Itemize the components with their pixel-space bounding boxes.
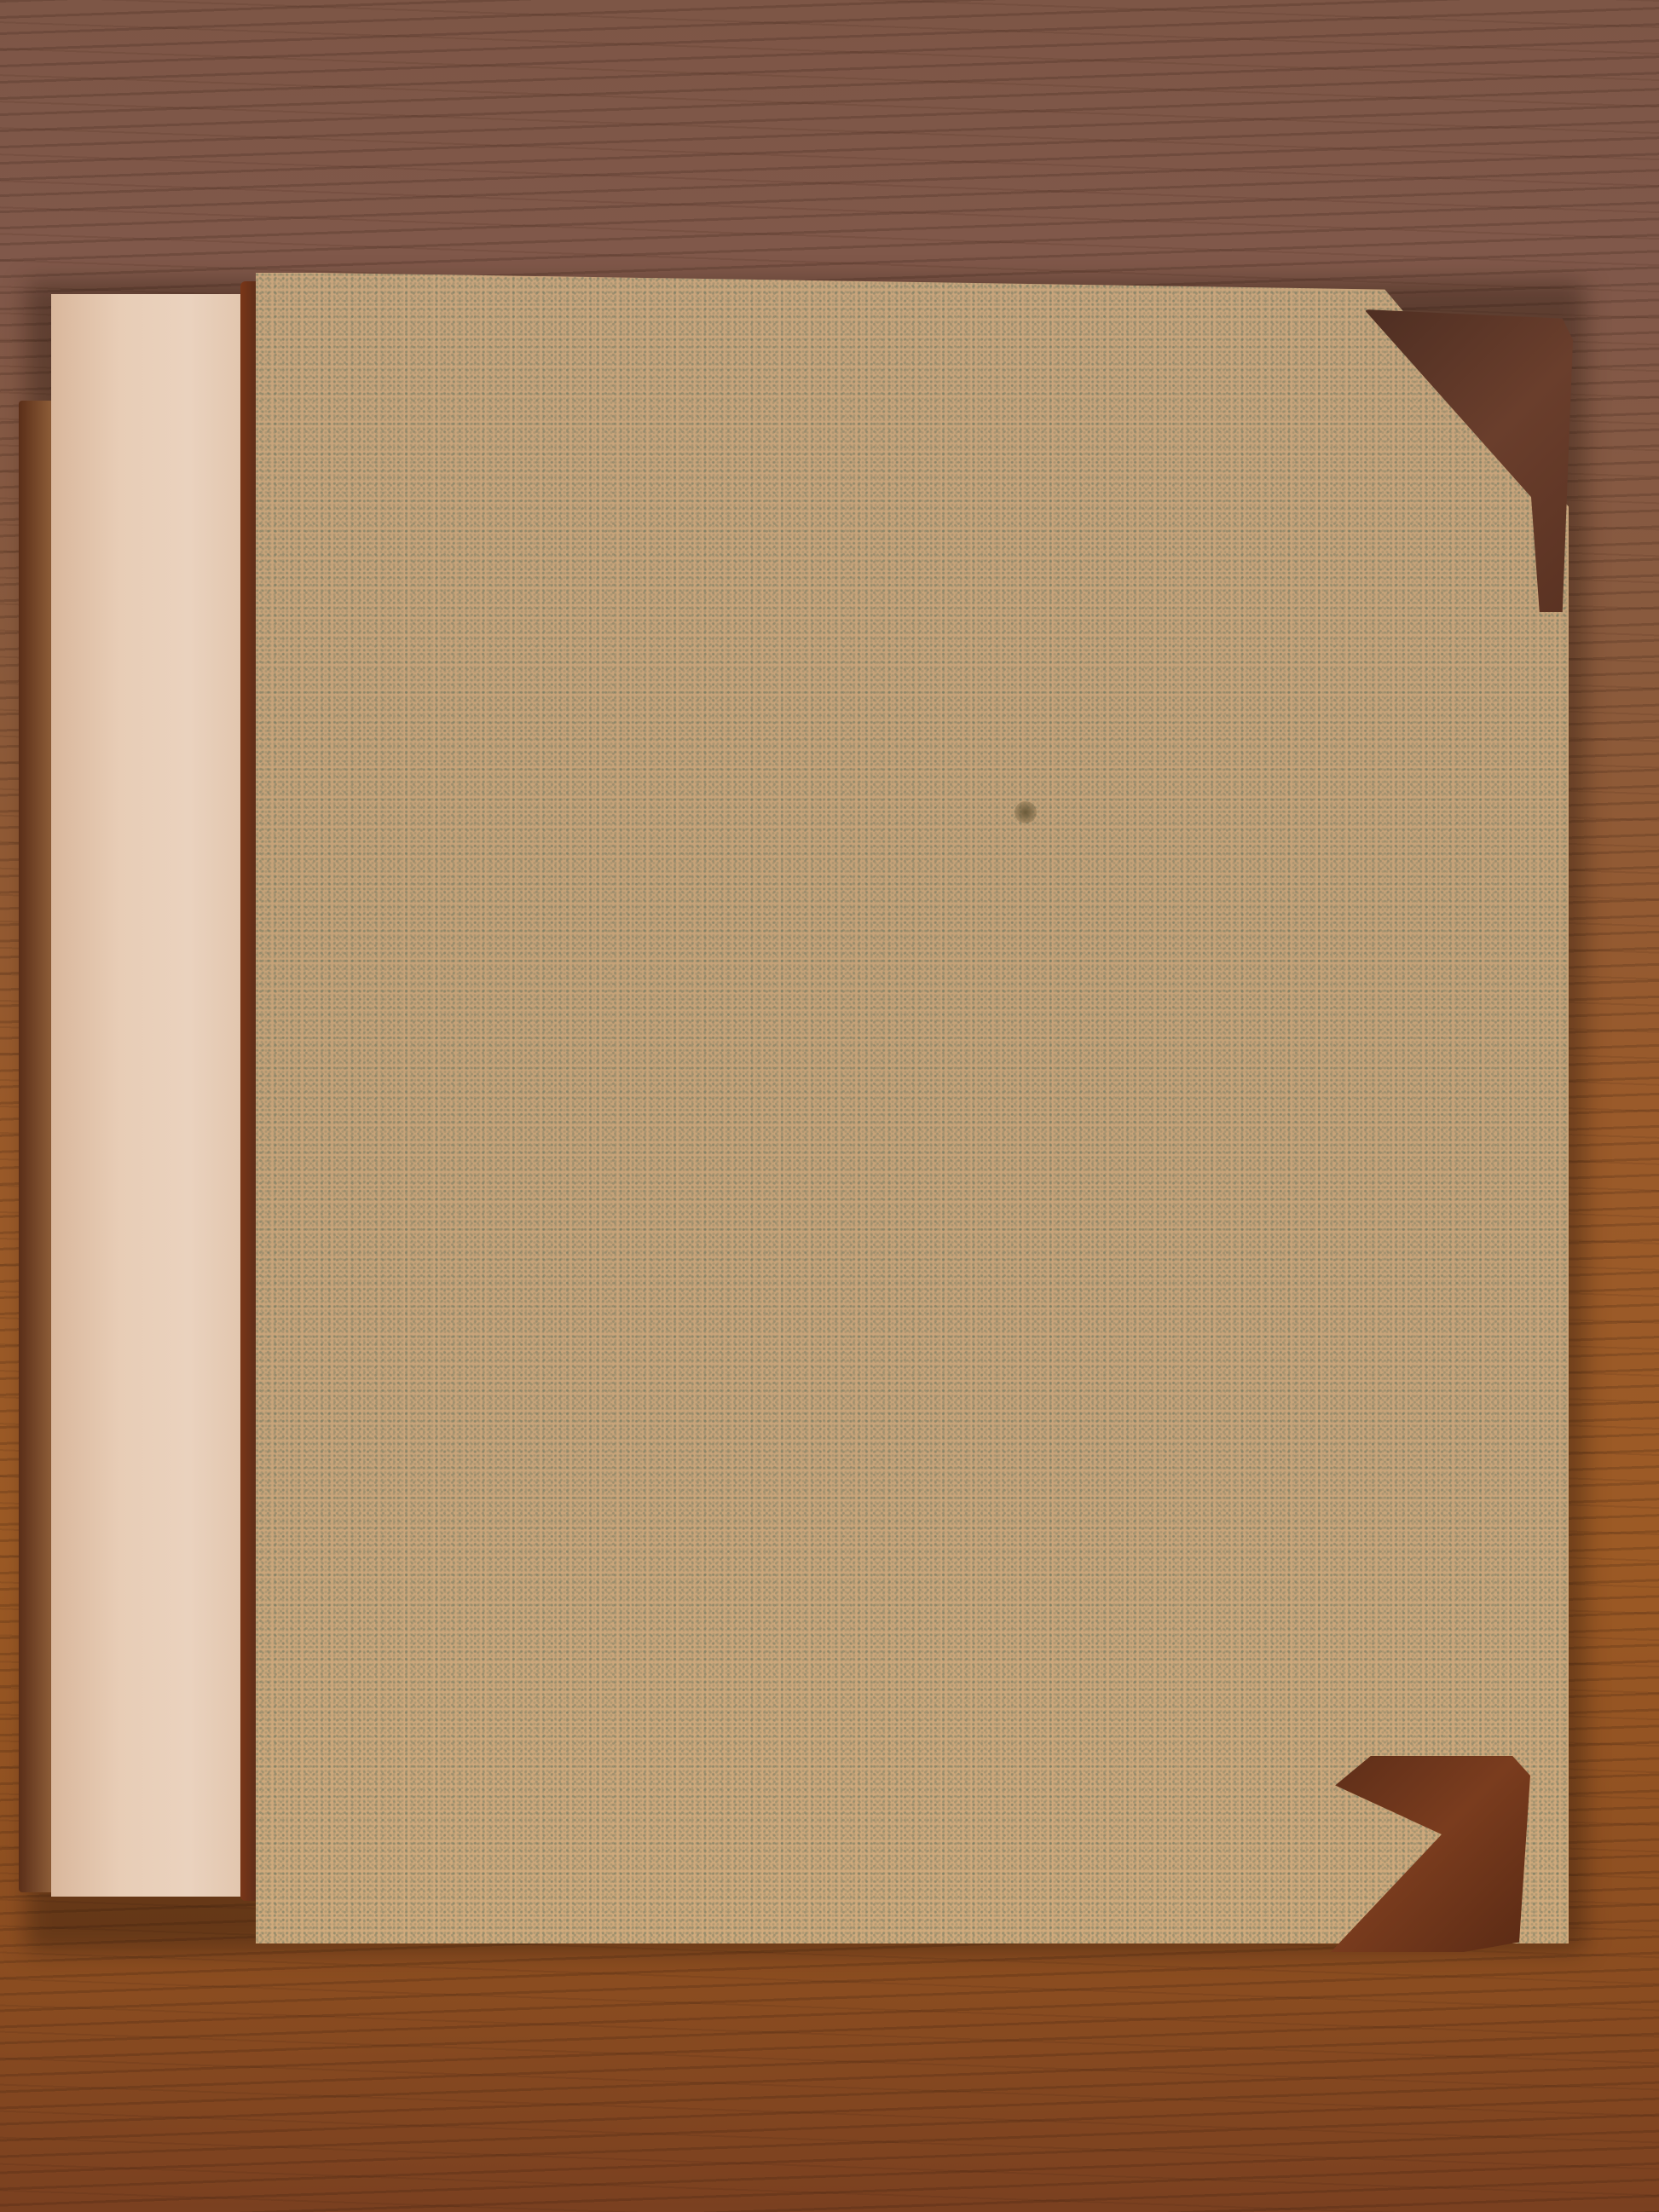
book-cover xyxy=(256,273,1569,1943)
cover-stain xyxy=(1014,801,1037,823)
